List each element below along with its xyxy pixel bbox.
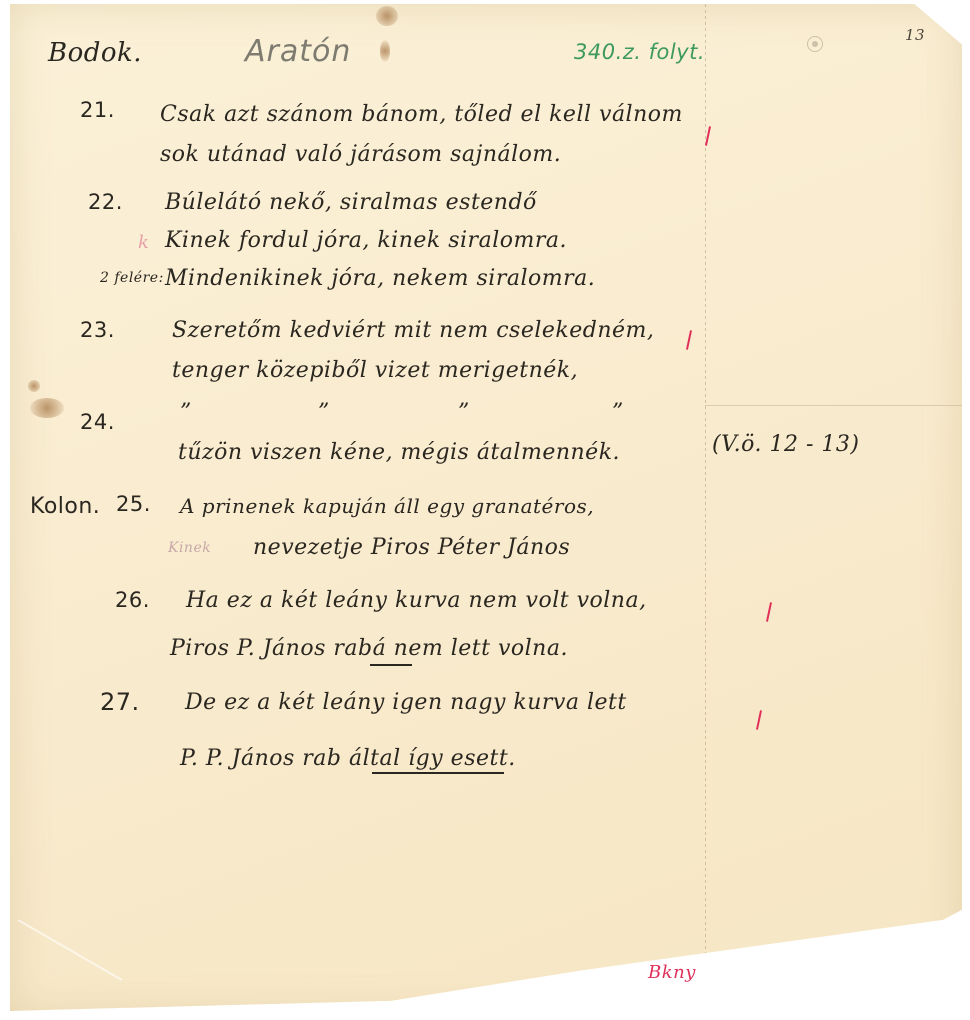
ditto-mark: ”: [180, 400, 192, 425]
horizontal-crease: [705, 405, 962, 406]
vertical-fold-line: [705, 4, 706, 1016]
stain-spot: [30, 398, 64, 418]
underline-rabá: [370, 664, 412, 666]
margin-mark: k: [138, 232, 149, 253]
verse-number: 25.: [116, 492, 151, 516]
verse-number: 27.: [100, 688, 140, 716]
verse-line: tenger közepiből vizet merigetnék,: [172, 358, 578, 383]
verse-line: Ha ez a két leány kurva nem volt volna,: [186, 588, 647, 613]
verse-line: De ez a két leány igen nagy kurva lett: [185, 690, 627, 715]
pencil-prefix: Kinek: [168, 540, 211, 556]
verse-line: tűzön viszen kéne, mégis átalmennék.: [178, 440, 620, 465]
pencil-title: Aratón: [245, 34, 351, 69]
verse-line: A prinenek kapuján áll egy granatéros,: [180, 494, 594, 518]
verse-line: Piros P. János rabá nem lett volna.: [170, 636, 568, 661]
verse-number: 26.: [115, 588, 150, 612]
ink-stain: [380, 40, 390, 62]
verse-line: Csak azt szánom bánom, tőled el kell vál…: [160, 102, 683, 127]
verse-number: 24.: [80, 410, 115, 434]
page-number: 13: [905, 26, 925, 44]
verse-line: P. P. János rab által így esett.: [180, 746, 516, 771]
paper-watermark-icon: [807, 36, 823, 52]
place-label: Kolon.: [30, 494, 100, 519]
verse-line: sok utánad való járásom sajnálom.: [160, 142, 561, 167]
catalog-note: 340.z. folyt.: [574, 40, 705, 64]
verse-line: Búlelátó nekő, siralmas estendő: [165, 190, 537, 215]
ditto-mark: ”: [458, 400, 470, 425]
stain-spot: [28, 380, 40, 392]
ink-stain: [376, 6, 398, 26]
ditto-mark: ”: [612, 400, 624, 425]
verse-line: Szeretőm kedviért mit nem cselekedném,: [172, 318, 654, 343]
verse-line: Kinek fordul jóra, kinek siralomra.: [165, 228, 567, 253]
corner-crease: [18, 919, 123, 981]
verse-line: nevezetje Piros Péter János: [253, 535, 570, 560]
ditto-mark: ”: [318, 400, 330, 425]
verse-line-variant: Mindenikinek jóra, nekem siralomra.: [165, 266, 595, 291]
cross-reference: (V.ö. 12 - 13): [712, 432, 859, 457]
verse-number: 22.: [88, 190, 123, 214]
archivist-initials: Bkny: [648, 962, 696, 983]
verse-number: 23.: [80, 318, 115, 342]
place-label: Bodok.: [48, 38, 142, 68]
variant-label: 2 felére:: [100, 270, 164, 286]
verse-number: 21.: [80, 98, 115, 122]
underline-rab-altal: [372, 772, 504, 774]
